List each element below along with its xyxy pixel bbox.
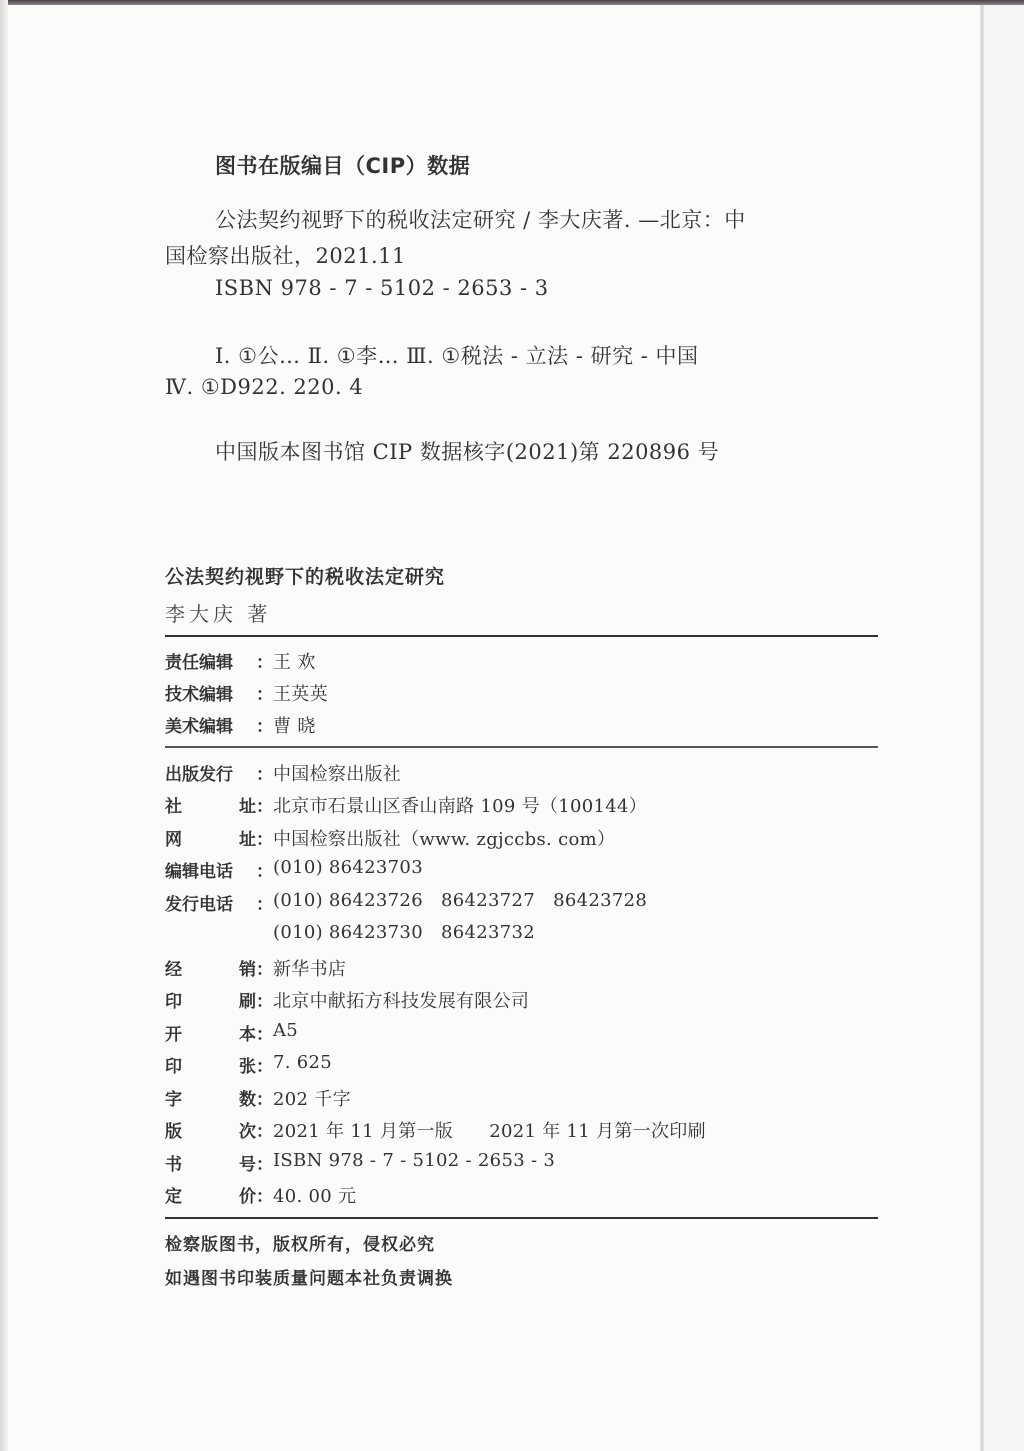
editor-label: 责任编辑： [165,648,273,676]
detail-label: 编辑电话： [165,857,273,885]
cip-verification-number: 中国版本图书馆 CIP 数据核字(2021)第 220896 号 [215,436,719,466]
detail-row: 社址：北京市石景山区香山南路 109 号（100144） [165,792,647,820]
cip-subjects-line2: Ⅳ. ①D922. 220. 4 [165,375,363,399]
editor-value: 曹 晓 [273,712,316,740]
detail-label: 社址： [165,792,273,820]
detail-value: (010) 86423726 86423727 86423728 [273,890,647,918]
detail-label [165,922,273,950]
cip-subjects-line1: Ⅰ. ①公… Ⅱ. ①李… Ⅲ. ①税法 - 立法 - 研究 - 中国 [215,340,699,370]
editor-label: 美术编辑： [165,712,273,740]
detail-value: 202 千字 [273,1085,351,1113]
detail-value: (010) 86423703 [273,857,423,885]
divider [165,635,878,637]
scan-left-edge [0,0,8,1451]
detail-row: 出版发行：中国检察出版社 [165,760,401,788]
detail-row: 网址：中国检察出版社（www. zgjccbs. com） [165,825,615,853]
detail-row: 编辑电话：(010) 86423703 [165,857,423,885]
detail-value: 7. 625 [273,1052,332,1080]
editor-value: 王英英 [273,680,328,708]
facing-page-strip [984,5,1024,1451]
quality-notice: 如遇图书印装质量问题本社负责调换 [165,1264,453,1289]
detail-label: 书号： [165,1150,273,1178]
detail-label: 发行电话： [165,890,273,918]
detail-label: 网址： [165,825,273,853]
divider [165,1217,878,1219]
detail-row: 发行电话：(010) 86423726 86423727 86423728 [165,890,647,918]
detail-row: (010) 86423730 86423732 [165,922,535,950]
detail-value: 中国检察出版社（www. zgjccbs. com） [273,825,615,853]
detail-value: 新华书店 [273,955,346,983]
cip-isbn: ISBN 978 - 7 - 5102 - 2653 - 3 [215,276,549,300]
detail-row: 书号：ISBN 978 - 7 - 5102 - 2653 - 3 [165,1150,555,1178]
cip-description-line2: 国检察出版社，2021.11 [165,240,406,270]
editor-row: 技术编辑： 王英英 [165,680,328,708]
detail-value: 中国检察出版社 [273,760,401,788]
detail-label: 定价： [165,1182,273,1210]
book-author: 李大庆 著 [165,598,271,627]
scan-top-edge [0,0,1024,5]
detail-row: 开本：A5 [165,1020,298,1048]
editor-label: 技术编辑： [165,680,273,708]
detail-value: 2021 年 11 月第一版 2021 年 11 月第一次印刷 [273,1117,706,1145]
book-title: 公法契约视野下的税收法定研究 [165,562,445,589]
detail-label: 字数： [165,1085,273,1113]
detail-value: A5 [273,1020,298,1048]
detail-label: 印刷： [165,987,273,1015]
editor-row: 美术编辑： 曹 晓 [165,712,316,740]
copyright-notice: 检察版图书，版权所有，侵权必究 [165,1230,435,1255]
detail-value: (010) 86423730 86423732 [273,922,535,950]
detail-label: 开本： [165,1020,273,1048]
detail-row: 印张：7. 625 [165,1052,332,1080]
detail-label: 版次： [165,1117,273,1145]
detail-value: 北京市石景山区香山南路 109 号（100144） [273,792,647,820]
divider [165,746,878,748]
detail-row: 经销：新华书店 [165,955,346,983]
detail-row: 定价：40. 00 元 [165,1182,356,1210]
detail-row: 印刷：北京中献拓方科技发展有限公司 [165,987,529,1015]
detail-row: 字数：202 千字 [165,1085,351,1113]
detail-value: 北京中献拓方科技发展有限公司 [273,987,529,1015]
detail-label: 出版发行： [165,760,273,788]
detail-label: 经销： [165,955,273,983]
detail-row: 版次：2021 年 11 月第一版 2021 年 11 月第一次印刷 [165,1117,706,1145]
editor-row: 责任编辑： 王 欢 [165,648,316,676]
editor-value: 王 欢 [273,648,316,676]
cip-description-line1: 公法契约视野下的税收法定研究 / 李大庆著. —北京：中 [215,204,746,234]
detail-value: ISBN 978 - 7 - 5102 - 2653 - 3 [273,1150,555,1178]
cip-heading: 图书在版编目（CIP）数据 [215,150,470,180]
detail-label: 印张： [165,1052,273,1080]
detail-value: 40. 00 元 [273,1182,356,1210]
